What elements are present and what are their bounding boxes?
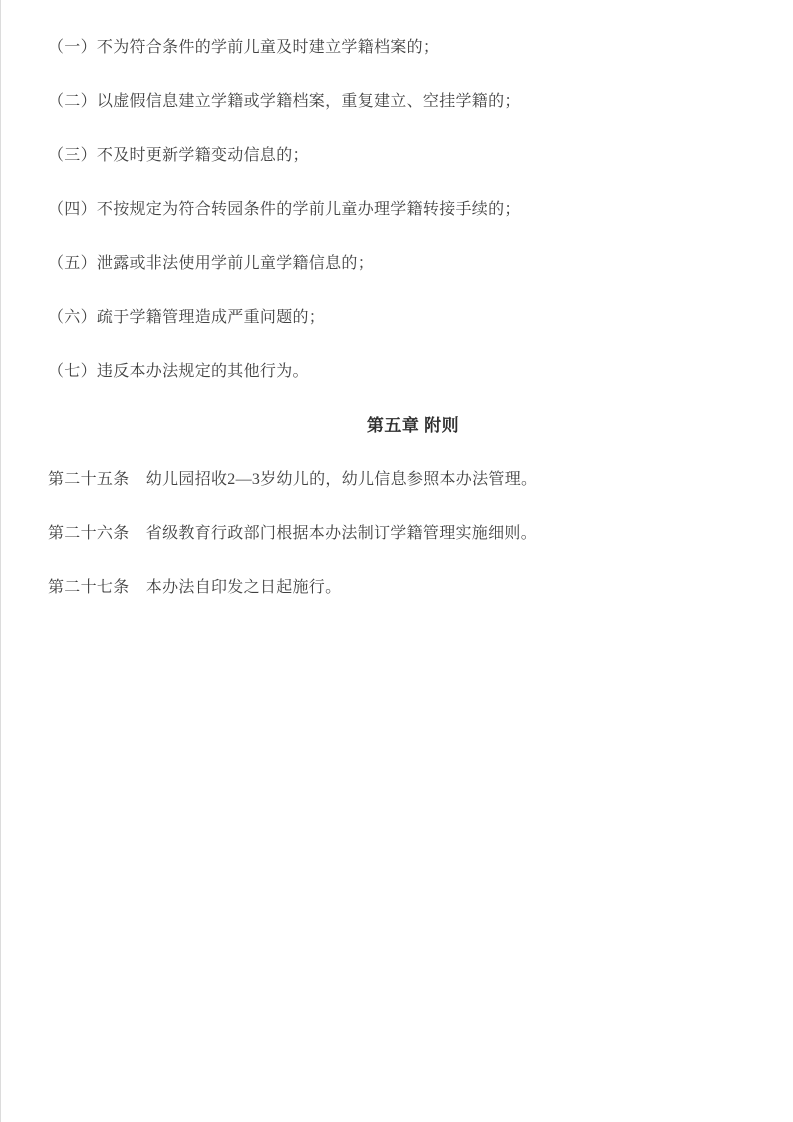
list-item-5: （五）泄露或非法使用学前儿童学籍信息的；	[48, 237, 778, 291]
article-26: 第二十六条 省级教育行政部门根据本办法制订学籍管理实施细则。	[48, 507, 778, 561]
list-item-3: （三）不及时更新学籍变动信息的；	[48, 129, 778, 183]
document-page: （一）不为符合条件的学前儿童及时建立学籍档案的； （二）以虚假信息建立学籍或学籍…	[0, 0, 793, 1122]
list-item-7: （七）违反本办法规定的其他行为。	[48, 345, 778, 399]
list-item-2: （二）以虚假信息建立学籍或学籍档案，重复建立、空挂学籍的；	[48, 75, 778, 129]
chapter-heading: 第五章 附则	[48, 399, 778, 453]
list-item-6: （六）疏于学籍管理造成严重问题的；	[48, 291, 778, 345]
article-27: 第二十七条 本办法自印发之日起施行。	[48, 561, 778, 615]
list-item-1: （一）不为符合条件的学前儿童及时建立学籍档案的；	[48, 21, 778, 75]
list-item-4: （四）不按规定为符合转园条件的学前儿童办理学籍转接手续的；	[48, 183, 778, 237]
article-25: 第二十五条 幼儿园招收2—3岁幼儿的，幼儿信息参照本办法管理。	[48, 453, 778, 507]
